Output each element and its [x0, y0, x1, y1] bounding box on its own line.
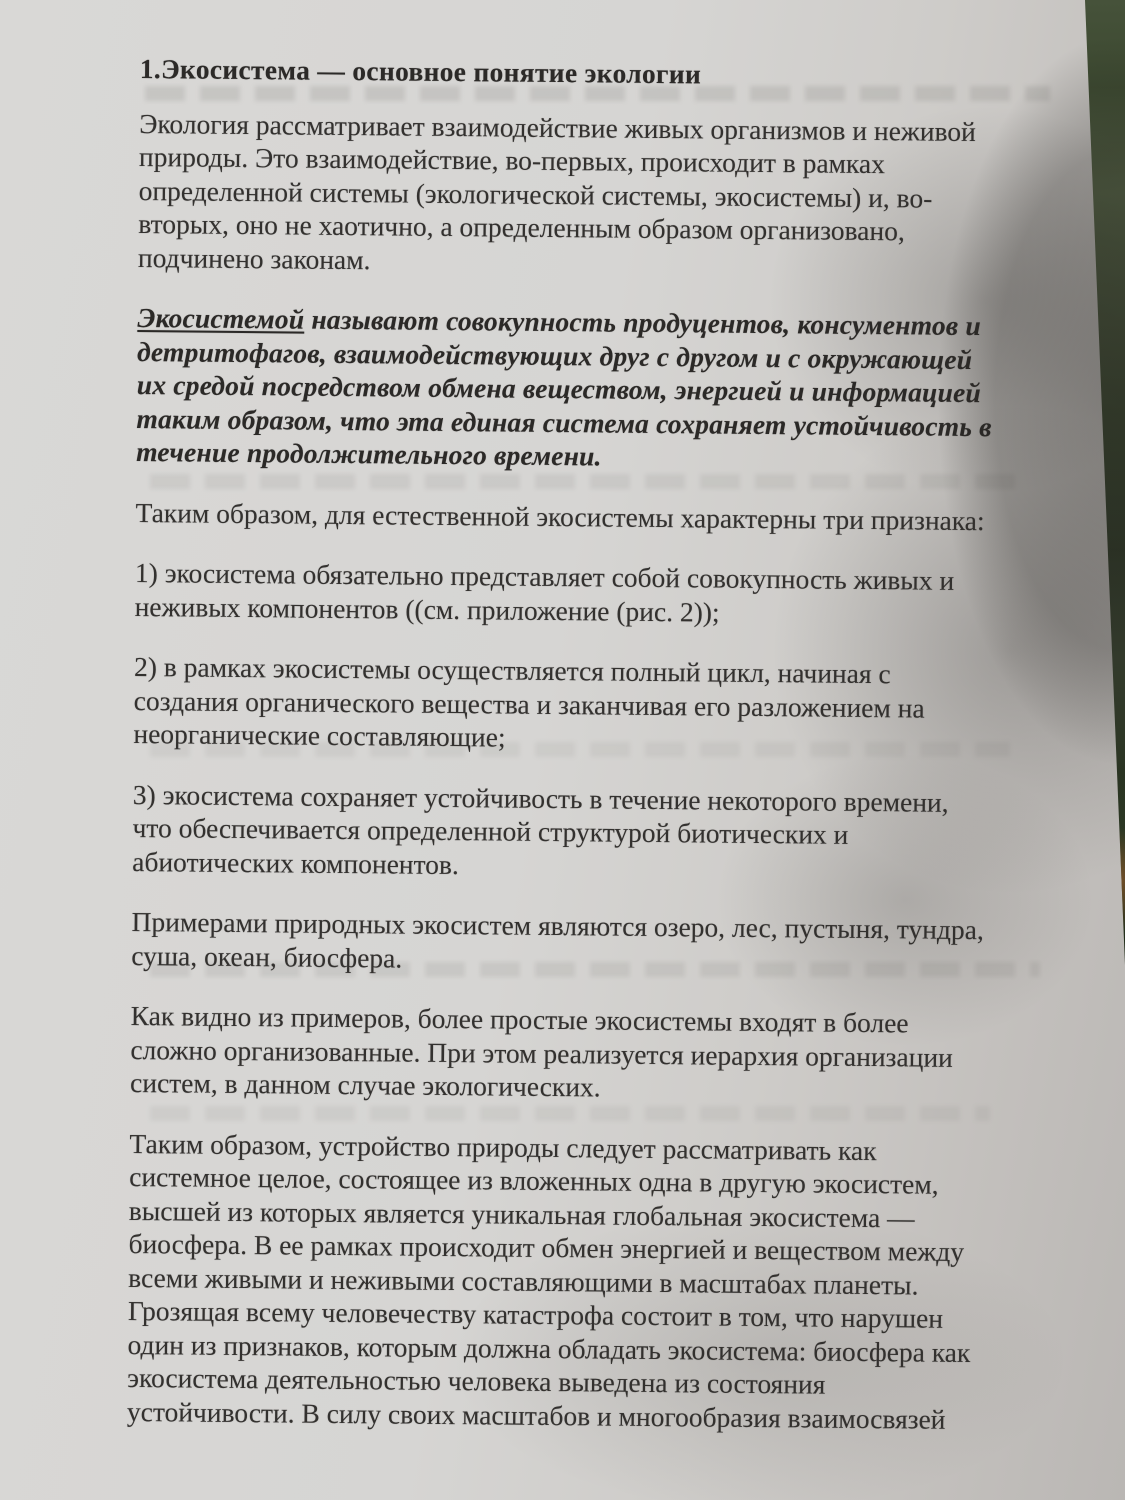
paragraph: Экология рассматривает взаимодействие жи…: [138, 106, 1125, 283]
text-line: Таким образом, для естественной экосисте…: [135, 495, 1120, 538]
page-text: 1.Экосистема — основное понятие экологии…: [0, 0, 1125, 1464]
page-title: 1.Экосистема — основное понятие экологии: [140, 52, 1125, 95]
paragraph: 3) экосистема сохраняет устойчивость в т…: [132, 777, 1118, 887]
paragraph: Как видно из примеров, более простые эко…: [130, 999, 1116, 1109]
paragraph: Экосистемой называют совокупность продуц…: [136, 301, 1123, 478]
underlined-term: Экосистемой: [137, 302, 304, 335]
paragraph: Таким образом, устройство природы следуе…: [127, 1126, 1115, 1437]
paragraphs: Экология рассматривает взаимодействие жи…: [127, 106, 1125, 1437]
paragraph: 1) экосистема обязательно представляет с…: [135, 556, 1121, 632]
document-photo: 1.Экосистема — основное понятие экологии…: [0, 0, 1125, 1500]
paragraph: Таким образом, для естественной экосисте…: [135, 495, 1120, 538]
paragraph: 2) в рамках экосистемы осуществляется по…: [133, 650, 1119, 760]
paragraph: Примерами природных экосистем являются о…: [131, 905, 1117, 981]
